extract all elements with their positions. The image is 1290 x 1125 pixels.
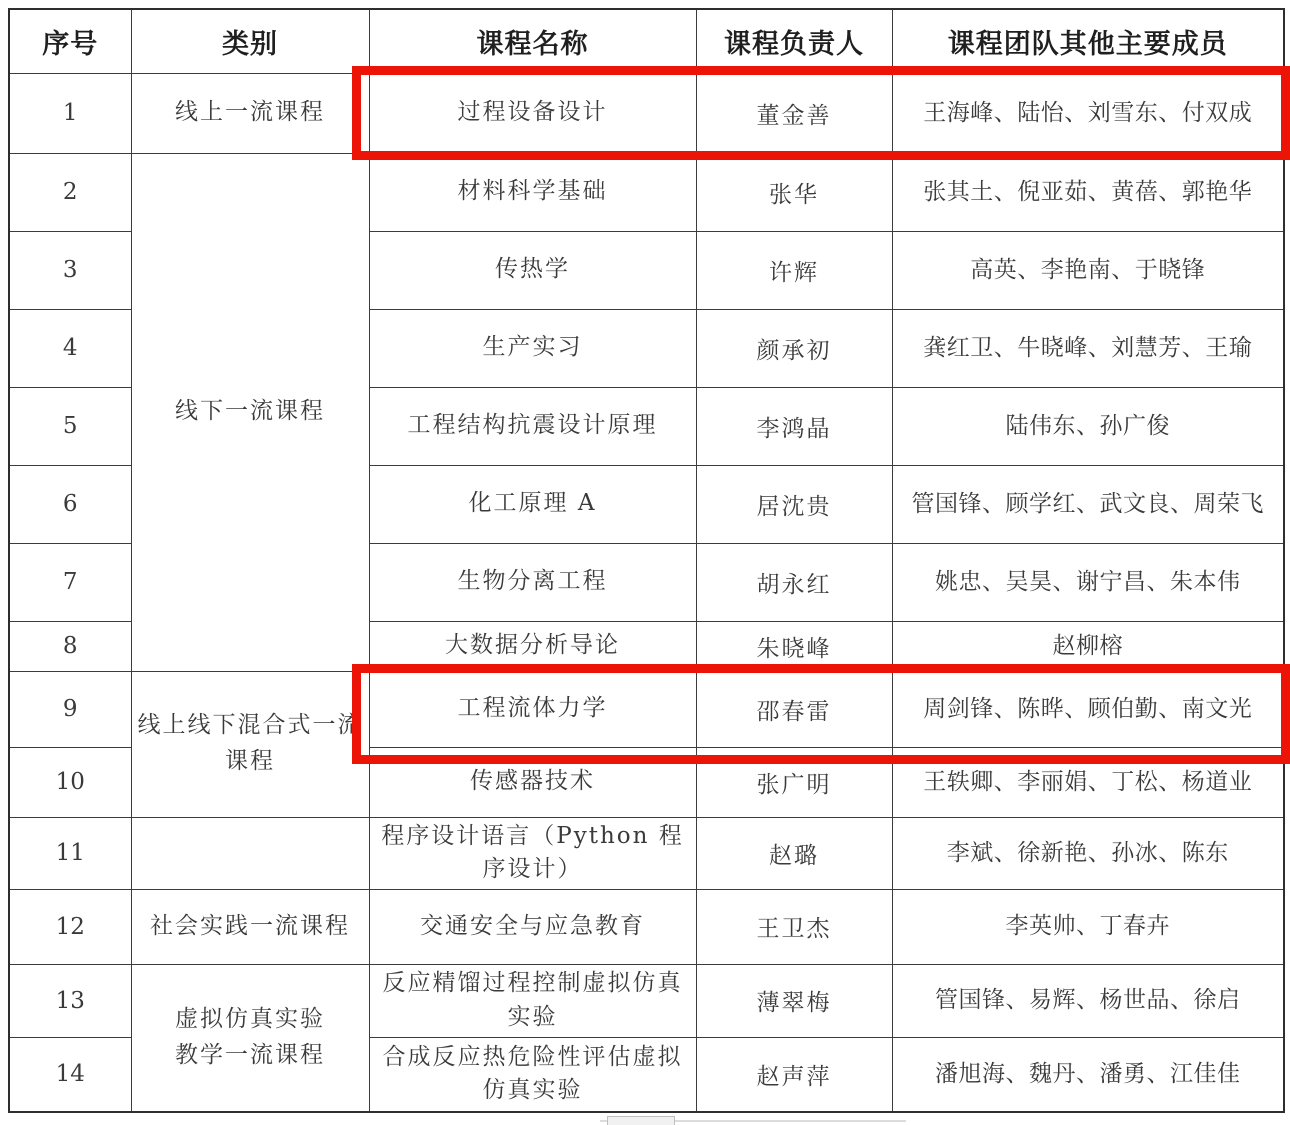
- members-cell: 管国锋、易辉、杨世品、徐启: [892, 964, 1284, 1037]
- header-no: 序号: [9, 9, 131, 73]
- leader-cell: 赵声萍: [696, 1037, 892, 1112]
- members-cell: 张其土、倪亚茹、黄蓓、郭艳华: [892, 153, 1284, 231]
- row-number-cell: 9: [9, 671, 131, 747]
- course-table: 序号 类别 课程名称 课程负责人 课程团队其他主要成员 1 线上一流课程 过程设…: [8, 8, 1285, 1113]
- category-cell: 虚拟仿真实验 教学一流课程: [131, 964, 369, 1112]
- course-name-cell: 反应精馏过程控制虚拟仿真实验: [369, 964, 696, 1037]
- course-name-cell: 交通安全与应急教育: [369, 889, 696, 964]
- table-row: 9 线上线下混合式一流 课程 工程流体力学 邵春雷 周剑锋、陈晔、顾伯勤、南文光: [9, 671, 1284, 747]
- course-name-cell: 工程结构抗震设计原理: [369, 387, 696, 465]
- row-number-cell: 6: [9, 465, 131, 543]
- course-name-cell: 材料科学基础: [369, 153, 696, 231]
- document-page: 序号 类别 课程名称 课程负责人 课程团队其他主要成员 1 线上一流课程 过程设…: [0, 0, 1290, 1125]
- members-cell: 管国锋、顾学红、武文良、周荣飞: [892, 465, 1284, 543]
- header-course: 课程名称: [369, 9, 696, 73]
- row-number-cell: 10: [9, 747, 131, 817]
- table-row: 11 程序设计语言（Python 程序设计） 赵璐 李斌、徐新艳、孙冰、陈东: [9, 817, 1284, 889]
- category-cell: 社会实践一流课程: [131, 889, 369, 964]
- category-cell: [131, 817, 369, 889]
- table-row: 2 线下一流课程 材料科学基础 张华 张其土、倪亚茹、黄蓓、郭艳华: [9, 153, 1284, 231]
- category-cell: 线上一流课程: [131, 73, 369, 153]
- leader-cell: 张华: [696, 153, 892, 231]
- table-row: 13 虚拟仿真实验 教学一流课程 反应精馏过程控制虚拟仿真实验 薄翠梅 管国锋、…: [9, 964, 1284, 1037]
- table-row: 1 线上一流课程 过程设备设计 董金善 王海峰、陆怡、刘雪东、付双成: [9, 73, 1284, 153]
- leader-cell: 张广明: [696, 747, 892, 817]
- members-cell: 高英、李艳南、于晓锋: [892, 231, 1284, 309]
- leader-cell: 胡永红: [696, 543, 892, 621]
- leader-cell: 颜承初: [696, 309, 892, 387]
- members-cell: 王轶卿、李丽娟、丁松、杨道业: [892, 747, 1284, 817]
- row-number-cell: 11: [9, 817, 131, 889]
- row-number-cell: 12: [9, 889, 131, 964]
- row-number-cell: 3: [9, 231, 131, 309]
- leader-cell: 居沈贵: [696, 465, 892, 543]
- course-name-cell: 生产实习: [369, 309, 696, 387]
- course-name-cell: 大数据分析导论: [369, 621, 696, 671]
- course-name-cell: 生物分离工程: [369, 543, 696, 621]
- members-cell: 李斌、徐新艳、孙冰、陈东: [892, 817, 1284, 889]
- leader-cell: 许辉: [696, 231, 892, 309]
- members-cell: 王海峰、陆怡、刘雪东、付双成: [892, 73, 1284, 153]
- members-cell: 陆伟东、孙广俊: [892, 387, 1284, 465]
- row-number-cell: 8: [9, 621, 131, 671]
- table-row: 12 社会实践一流课程 交通安全与应急教育 王卫杰 李英帅、丁春卉: [9, 889, 1284, 964]
- header-category: 类别: [131, 9, 369, 73]
- members-cell: 周剑锋、陈晔、顾伯勤、南文光: [892, 671, 1284, 747]
- row-number-cell: 2: [9, 153, 131, 231]
- row-number-cell: 13: [9, 964, 131, 1037]
- course-name-cell: 合成反应热危险性评估虚拟仿真实验: [369, 1037, 696, 1112]
- row-number-cell: 4: [9, 309, 131, 387]
- members-cell: 李英帅、丁春卉: [892, 889, 1284, 964]
- members-cell: 龚红卫、牛晓峰、刘慧芳、王瑜: [892, 309, 1284, 387]
- course-name-cell: 传感器技术: [369, 747, 696, 817]
- members-cell: 姚忠、吴昊、谢宁昌、朱本伟: [892, 543, 1284, 621]
- row-number-cell: 1: [9, 73, 131, 153]
- members-cell: 赵柳榕: [892, 621, 1284, 671]
- leader-cell: 邵春雷: [696, 671, 892, 747]
- leader-cell: 赵璐: [696, 817, 892, 889]
- leader-cell: 王卫杰: [696, 889, 892, 964]
- page-edge-artifact-box: [607, 1116, 675, 1125]
- course-name-cell: 程序设计语言（Python 程序设计）: [369, 817, 696, 889]
- header-members: 课程团队其他主要成员: [892, 9, 1284, 73]
- leader-cell: 董金善: [696, 73, 892, 153]
- category-cell: 线下一流课程: [131, 153, 369, 671]
- category-cell: 线上线下混合式一流 课程: [131, 671, 369, 817]
- header-leader: 课程负责人: [696, 9, 892, 73]
- leader-cell: 朱晓峰: [696, 621, 892, 671]
- row-number-cell: 7: [9, 543, 131, 621]
- members-cell: 潘旭海、魏丹、潘勇、江佳佳: [892, 1037, 1284, 1112]
- row-number-cell: 14: [9, 1037, 131, 1112]
- row-number-cell: 5: [9, 387, 131, 465]
- course-name-cell: 传热学: [369, 231, 696, 309]
- course-name-cell: 过程设备设计: [369, 73, 696, 153]
- course-name-cell: 工程流体力学: [369, 671, 696, 747]
- course-name-cell: 化工原理 A: [369, 465, 696, 543]
- leader-cell: 李鸿晶: [696, 387, 892, 465]
- table-header-row: 序号 类别 课程名称 课程负责人 课程团队其他主要成员: [9, 9, 1284, 73]
- leader-cell: 薄翠梅: [696, 964, 892, 1037]
